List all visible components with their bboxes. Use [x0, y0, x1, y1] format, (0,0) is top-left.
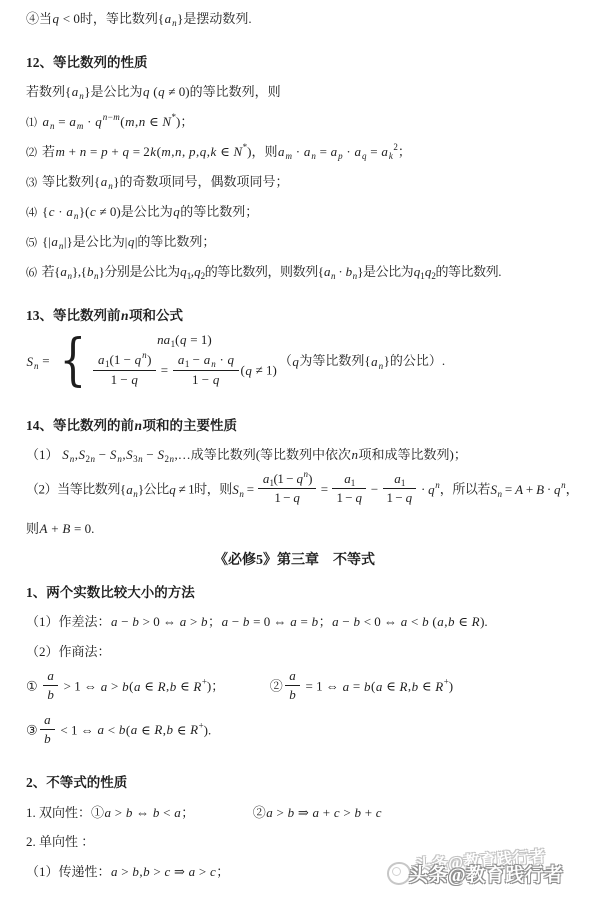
math-span: · a	[292, 144, 310, 159]
text-span: ①	[26, 679, 41, 694]
text-span: 14、等比数列的前	[26, 418, 134, 433]
superscript: n−m	[102, 112, 120, 122]
fraction-numerator: a1(1 − qn)	[258, 471, 316, 489]
fraction-numerator: a	[43, 668, 59, 686]
cases-row: na1(q = 1)	[91, 331, 276, 350]
math-span: {a	[94, 174, 108, 189]
math-span: a − b = 0 ⇔ a = b	[221, 614, 319, 629]
enumerator: ⑸	[26, 237, 37, 249]
item-quotient-3: ③ab < 1 ⇔ a < b(a ∈ R,b ∈ R+).	[26, 714, 583, 750]
item-12-3: ⑶等比数列{an}的奇数项同号，偶数项同号；	[26, 173, 583, 192]
text-span: 为等比数列	[299, 354, 364, 369]
heading-3-2-inequality-properties: 2、不等式的性质	[26, 773, 583, 793]
text-span: 的等比数列；	[180, 204, 258, 219]
math-span: · q	[84, 114, 102, 129]
subscript: 2n	[164, 454, 174, 464]
fraction: a1 − an · q1 − q	[173, 352, 238, 388]
cases-row: a1(1 − qn)1 − q = a1 − an · q1 − q(q ≠ 1…	[91, 354, 276, 390]
para-12-intro: 若数列{an}是公比为q (q ≠ 0)的等比数列，则	[26, 83, 583, 102]
math-span: = a	[55, 114, 76, 129]
item-quotient-1-2: ① ab > 1 ⇔ a > b(a ∈ R,b ∈ R+)； ②ab = 1 …	[26, 670, 583, 706]
text-span: 1、两个实数比较大小的方法	[26, 585, 195, 600]
enumerator: ⑵	[26, 147, 37, 159]
subscript: 3n	[133, 454, 143, 464]
text-span: 则	[26, 521, 39, 536]
text-span: 项和的主要性质	[143, 418, 238, 433]
watermark: 头条@教育践行者 头条@教育践行者	[389, 848, 579, 896]
item-14-2: （2）当等比数列{an}公比q ≠ 1时，则Sn = a1(1 − qn)1 −…	[26, 473, 583, 509]
math-span: q < 0	[52, 11, 80, 26]
heading-14-sum-properties: 14、等比数列的前n项和的主要性质	[26, 416, 583, 436]
math-span: S	[232, 482, 239, 497]
text-span: 的等比数列.	[435, 264, 501, 279]
math-span: {a	[120, 482, 133, 497]
text-span: .	[208, 722, 211, 737]
math-span: = a	[316, 144, 337, 159]
math-span: b	[289, 687, 297, 702]
item-12-1: ⑴an = am · qn−m(m,n ∈ N*)；	[26, 113, 583, 132]
enumerator: ⑹	[26, 267, 37, 279]
math-span: =	[244, 482, 256, 497]
math-span: a	[44, 712, 52, 727]
text-span: ； ②	[211, 679, 283, 694]
math-span: a > b,b > c ⇒ a > c	[111, 864, 217, 879]
math-span: {c · a	[42, 204, 73, 219]
text-span: ，则	[251, 144, 277, 159]
item-12-4: ⑷{c · an}(c ≠ 0)是公比为q的等比数列；	[26, 203, 583, 222]
text-span: 是公比为	[91, 84, 143, 99]
math-span: = a	[367, 144, 388, 159]
math-span: |q|	[125, 234, 138, 249]
watermark-logo-icon	[387, 862, 411, 885]
math-span: a	[262, 471, 269, 486]
item-bidirectional: 1. 双向性：①a > b ⇔ b < a； ②a > b ⇒ a + c > …	[26, 804, 583, 823]
text-span: 若	[42, 264, 55, 279]
math-span: n	[134, 418, 143, 433]
text-span: （	[279, 354, 292, 369]
fraction-numerator: a	[40, 712, 56, 730]
fraction-denominator: b	[285, 686, 301, 703]
math-span: |}	[64, 234, 73, 249]
item-14-2-continued: 则A + B = 0.	[26, 520, 583, 539]
text-span: 的公比）.	[390, 354, 445, 369]
math-span: · b	[336, 264, 353, 279]
text-span: 《必修5》第三章 不等式	[214, 553, 375, 568]
fraction-denominator: b	[43, 686, 59, 703]
fraction-numerator: a1 − an · q	[173, 352, 238, 370]
math-span: 1 − q	[387, 490, 413, 505]
fraction: ab	[43, 668, 59, 704]
math-span: {|a	[42, 234, 58, 249]
item-12-2: ⑵若m + n = p + q = 2k(m,n, p,q,k ∈ N*)，则a…	[26, 143, 583, 162]
text-span: 12、等比数列的性质	[26, 55, 148, 70]
text-span: （2）当等比数列	[26, 482, 120, 497]
math-span: (1 − q	[109, 352, 141, 367]
math-span: )	[308, 471, 312, 486]
math-span: = 1 ⇔ a = b(a ∈ R,b ∈ R	[302, 679, 443, 694]
text-span: ；	[216, 864, 229, 879]
text-span: 是公比为	[363, 264, 413, 279]
enumerator: ⑴	[26, 117, 37, 129]
math-span: − S	[96, 447, 117, 462]
math-span: ,S	[122, 447, 133, 462]
fraction-denominator: 1 − q	[258, 489, 316, 506]
fraction: a1(1 − qn)1 − q	[93, 352, 155, 388]
math-span: )	[449, 679, 453, 694]
math-span: a	[47, 668, 55, 683]
subscript: 1	[401, 478, 405, 488]
math-span: q (q ≠ 0)	[143, 84, 190, 99]
math-span: (q = 1)	[175, 332, 212, 347]
math-span: =	[318, 482, 330, 497]
item-12-6: ⑹若{an},{bn}分别是公比为q1,q2的等比数列，则数列{an · bn}…	[26, 263, 583, 282]
heading-chapter-3: 《必修5》第三章 不等式	[26, 551, 583, 571]
text-span: 时，等比数列	[80, 11, 158, 26]
math-span: 1 − q	[111, 372, 139, 387]
math-span: · q	[216, 352, 234, 367]
para-oscillating-sequence: ④当q < 0时，等比数列{an}是摆动数列.	[26, 10, 583, 29]
text-span: ④当	[26, 11, 52, 26]
text-span: ； ②	[181, 805, 266, 820]
fraction-numerator: a	[285, 668, 301, 686]
math-span: a − b > 0 ⇔ a > b	[111, 614, 209, 629]
fraction: ab	[285, 668, 301, 704]
math-span: n	[351, 447, 359, 462]
text-span: 是公比为	[121, 204, 173, 219]
text-span: 项和公式	[129, 308, 183, 323]
math-span: > 1 ⇔ a > b(a ∈ R,b ∈ R	[60, 679, 201, 694]
text-span: ；	[319, 614, 332, 629]
text-span: 若数列	[26, 84, 65, 99]
fraction-denominator: 1 − q	[173, 371, 238, 388]
subscript: m	[76, 121, 84, 131]
text-span: 的等比数列，则	[190, 84, 281, 99]
text-span: 分别是公比为	[104, 264, 179, 279]
heading-13-sum-formula: 13、等比数列前n项和公式	[26, 306, 583, 326]
fraction-denominator: b	[40, 730, 56, 747]
math-span: a − b < 0 ⇔ a < b (a,b ∈ R)	[332, 614, 485, 629]
text-span: 的奇数项同号，偶数项同号；	[120, 174, 289, 189]
math-span: {a	[65, 84, 79, 99]
text-span: .	[91, 521, 94, 536]
math-span: a	[42, 114, 50, 129]
item-12-5: ⑸{|an|}是公比为|q|的等比数列；	[26, 233, 583, 252]
left-curly-brace: {	[59, 334, 86, 387]
math-span: (1 − q	[274, 471, 303, 486]
math-span: −	[368, 482, 380, 497]
text-span: ；	[180, 114, 193, 129]
text-span: 1. 双向性：①	[26, 805, 104, 820]
fraction: a1(1 − qn)1 − q	[258, 471, 316, 507]
math-span: m + n = p + q = 2k(m,n, p,q,k ∈ N	[55, 144, 243, 159]
text-span: 公比	[144, 482, 169, 497]
math-span: a > b ⇔ b < a	[104, 805, 181, 820]
math-span: S	[490, 482, 497, 497]
math-span: q	[180, 264, 187, 279]
heading-3-1-compare-methods: 1、两个实数比较大小的方法	[26, 583, 583, 603]
math-span: {a	[318, 264, 331, 279]
text-span: 是摆动数列.	[183, 11, 251, 26]
text-span: 项和成等比数列)；	[359, 447, 467, 462]
text-span: 2、不等式的性质	[26, 775, 127, 790]
item-14-1: （1） Sn,S2n − Sn,S3n − S2n,…成等比数列(等比数列中依次…	[26, 446, 583, 465]
text-span: ，所以若	[440, 482, 490, 497]
math-span: 1 − q	[274, 490, 300, 505]
document-page: ④当q < 0时，等比数列{an}是摆动数列.12、等比数列的性质若数列{an}…	[0, 0, 589, 882]
text-span: ③	[26, 722, 38, 737]
subscript: 1	[351, 478, 355, 488]
math-span: q ≠ 1	[169, 482, 194, 497]
math-span: b	[47, 687, 55, 702]
math-span: − S	[143, 447, 164, 462]
text-span: 的等比数列，则数列	[205, 264, 318, 279]
math-span: ,q	[191, 264, 201, 279]
text-span: （1）作差法：	[26, 614, 111, 629]
heading-12-geometric-properties: 12、等比数列的性质	[26, 53, 583, 73]
cases-group: {na1(q = 1)a1(1 − qn)1 − q = a1 − an · q…	[55, 331, 277, 389]
subscript: k	[388, 151, 393, 161]
fraction-numerator: a1	[383, 471, 417, 489]
math-span: · q	[418, 482, 435, 497]
math-span: a	[277, 144, 285, 159]
math-span: =	[39, 354, 53, 369]
fraction: a11 − q	[332, 471, 366, 507]
math-span: < 1 ⇔ a < b(a ∈ R,b ∈ R	[57, 722, 198, 737]
text-span: ，	[566, 482, 579, 497]
cases-rows: na1(q = 1)a1(1 − qn)1 − q = a1 − an · q1…	[91, 331, 276, 389]
math-span: na	[157, 332, 171, 347]
text-span: 是公比为	[73, 234, 125, 249]
text-span: 时，则	[194, 482, 232, 497]
math-span: ,…	[174, 447, 190, 462]
subscript: 2n	[86, 454, 96, 464]
fraction-denominator: 1 − q	[332, 489, 366, 506]
text-span: （1）	[26, 447, 62, 462]
text-span: 若	[42, 144, 55, 159]
fraction-denominator: 1 − q	[93, 371, 155, 388]
math-span: (q ≠ 1)	[241, 363, 277, 378]
fraction: ab	[40, 712, 56, 748]
item-3-1-difference: （1）作差法：a − b > 0 ⇔ a > b；a − b = 0 ⇔ a =…	[26, 613, 583, 632]
math-span: n	[121, 308, 130, 323]
formula-13-sn-cases: Sn = {na1(q = 1)a1(1 − qn)1 − q = a1 − a…	[26, 333, 583, 391]
math-span: a	[289, 668, 297, 683]
text-span: ；	[398, 144, 411, 159]
math-span: a	[177, 352, 185, 367]
math-span: A + B = 0	[39, 521, 91, 536]
math-span: S	[26, 354, 34, 369]
watermark-text: 头条@教育践行者	[409, 860, 564, 887]
text-span: 的等比数列；	[137, 234, 215, 249]
enumerator: ⑶	[26, 177, 37, 189]
text-span: （1）传递性：	[26, 864, 111, 879]
text-span: 成等比数列(等比数列中依次	[191, 447, 351, 462]
fraction-numerator: a1	[332, 471, 366, 489]
math-span: ,S	[75, 447, 86, 462]
math-span: 1 − q	[192, 372, 220, 387]
math-span: = A + B · q	[502, 482, 561, 497]
math-span: {a	[54, 264, 67, 279]
math-span: =	[158, 363, 172, 378]
math-span: b	[44, 731, 52, 746]
text-span: 13、等比数列前	[26, 308, 121, 323]
math-span: (m,n ∈ N	[120, 114, 171, 129]
enumerator: ⑷	[26, 207, 37, 219]
math-span: a > b ⇒ a + c > b + c	[266, 805, 382, 820]
text-span: 2. 单向性 ：	[26, 834, 94, 849]
math-span: − a	[189, 352, 210, 367]
math-span: a	[97, 352, 105, 367]
text-span: （2）作商法：	[26, 644, 111, 659]
math-span: {a	[364, 354, 378, 369]
item-3-1-quotient: （2）作商法：	[26, 643, 583, 662]
math-span: )	[147, 352, 151, 367]
math-span: · a	[343, 144, 361, 159]
math-span: {a	[158, 11, 172, 26]
math-span: }(c ≠ 0)	[79, 204, 121, 219]
fraction: a11 − q	[383, 471, 417, 507]
text-span: .	[484, 614, 487, 629]
text-span: ；	[208, 614, 221, 629]
text-span: 等比数列	[42, 174, 94, 189]
math-span: },{b	[72, 264, 93, 279]
fraction-numerator: a1(1 − qn)	[93, 352, 155, 370]
math-span: 1 − q	[336, 490, 362, 505]
fraction-denominator: 1 − q	[383, 489, 417, 506]
